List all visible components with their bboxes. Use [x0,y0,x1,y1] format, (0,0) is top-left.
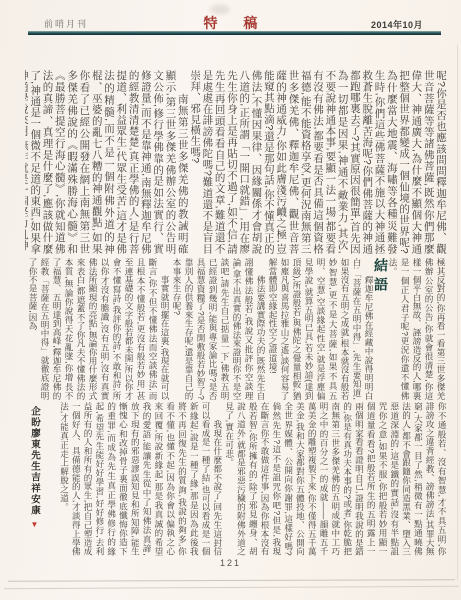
conclusion-heading: 結語 [375,258,387,400]
paragraph: 呢?你是否也應該問問釋迦牟尼佛、觀世音菩薩等等諸佛菩薩,既然你們那麼偉大、神通廣… [189,70,447,254]
paragraph: 南無第三世多傑羌佛的教誡明確顯示,第三世多傑羌佛辦公室的公告明文公佈,修行學佛靠… [25,70,189,254]
closing-wish: 企盼廖東先生吉祥安康 ▼ [27,406,41,548]
magazine-page: 前哨月刊 特 稿 2014年10月 呢?你是否也應該問問釋迦牟尼佛、觀世音菩薩等… [0,0,461,600]
paragraph: 釋迦牟尼佛在經藏中說得明明白白:「菩薩在五明中得」,先生要知道,如果沒有五明之成… [267,258,375,400]
paragraph: 我現在什麼都不說了,回先生這封信可以看成是一種了結,也可以看成是一個新緣起,說是… [58,402,223,556]
paragraph: 極其反對的,你再看一看第三世多傑羌佛辦公室的公告,你就會很清楚,你這樣一個平白無… [387,258,447,400]
closing-text: 企盼廖東先生吉祥安康 [29,406,40,516]
page-edge-shadow [8,579,455,582]
page-edge-shadow [457,45,458,580]
paragraph: 佛法要講實際功夫的,既然先生自詡懂佛法般若,我說又批評你空談理論,拿不出真實的佛… [171,258,267,400]
article-strip-middle: 極其反對的,你再看一看第三世多傑羌佛辦公室的公告,你就會很清楚,你這樣一個平白無… [21,258,447,400]
article-strip-bottom: 你不通般若、沒有智慧,才不具五明,你誹謗攻之違背經教、謗佛謗法,其罪大無窮,大家… [45,402,447,556]
page-edge-shadow [4,586,459,589]
page-number: 121 [0,558,461,568]
article-strip-top: 呢?你是否也應該問問釋迦牟尼佛、觀世音菩薩等等諸佛菩薩,既然你們那麼偉大、神通廣… [25,70,447,254]
article-end-mark-icon: ▼ [30,520,39,529]
issue-date: 2014年10月 [371,18,423,31]
header-rule [28,31,441,35]
paragraph: 事實就明擺在這裏,我現在就可以斷言,你不但不懂佛法而空談佛法,而且根本不懂般若,… [27,258,171,400]
paragraph: 你不通般若、沒有智慧,才不具五明,你誹謗攻之違背經教、謗佛謗法,其罪大無窮,大家… [223,402,447,556]
